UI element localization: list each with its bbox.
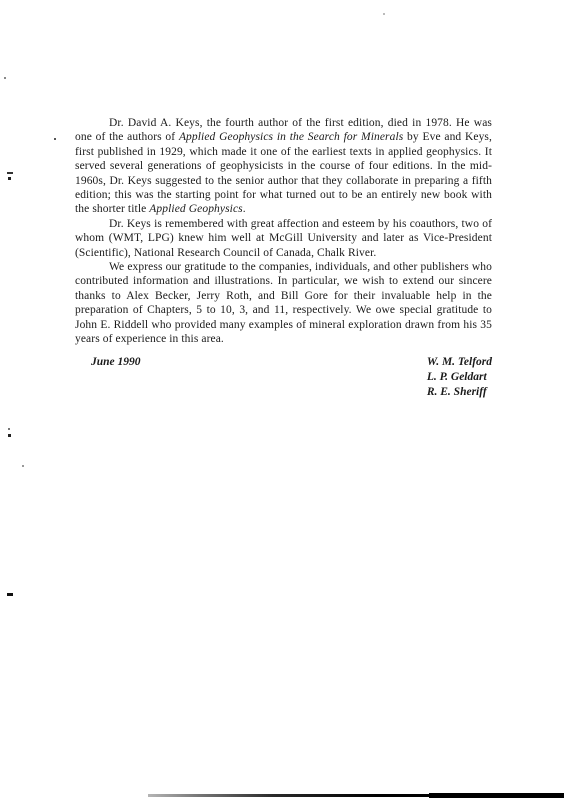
scan-speck <box>7 172 13 174</box>
author-name-telford: W. M. Telford <box>427 355 492 370</box>
scan-speck <box>8 434 11 437</box>
signature-block: June 1990 W. M. Telford L. P. Geldart R.… <box>75 355 492 399</box>
scan-speck <box>54 138 56 140</box>
author-name-geldart: L. P. Geldart <box>427 370 492 385</box>
scan-speck <box>383 13 385 15</box>
author-name-sheriff: R. E. Sheriff <box>427 385 492 400</box>
author-list: W. M. Telford L. P. Geldart R. E. Sherif… <box>427 355 492 399</box>
paragraph-keys-remembered: Dr. Keys is remembered with great affect… <box>75 217 492 260</box>
scan-speck <box>7 593 13 596</box>
preface-date: June 1990 <box>91 355 141 370</box>
preface-text: Dr. David A. Keys, the fourth author of … <box>75 116 492 347</box>
paragraph-keys-obituary: Dr. David A. Keys, the fourth author of … <box>75 116 492 217</box>
scan-speck <box>8 177 11 180</box>
scan-artifact-bottom-bar <box>148 794 564 797</box>
scan-speck <box>8 428 10 430</box>
scan-speck <box>4 77 6 79</box>
paragraph-acknowledgements: We express our gratitude to the companie… <box>75 260 492 346</box>
scan-speck <box>22 465 24 467</box>
scanned-page: Dr. David A. Keys, the fourth author of … <box>0 0 564 800</box>
